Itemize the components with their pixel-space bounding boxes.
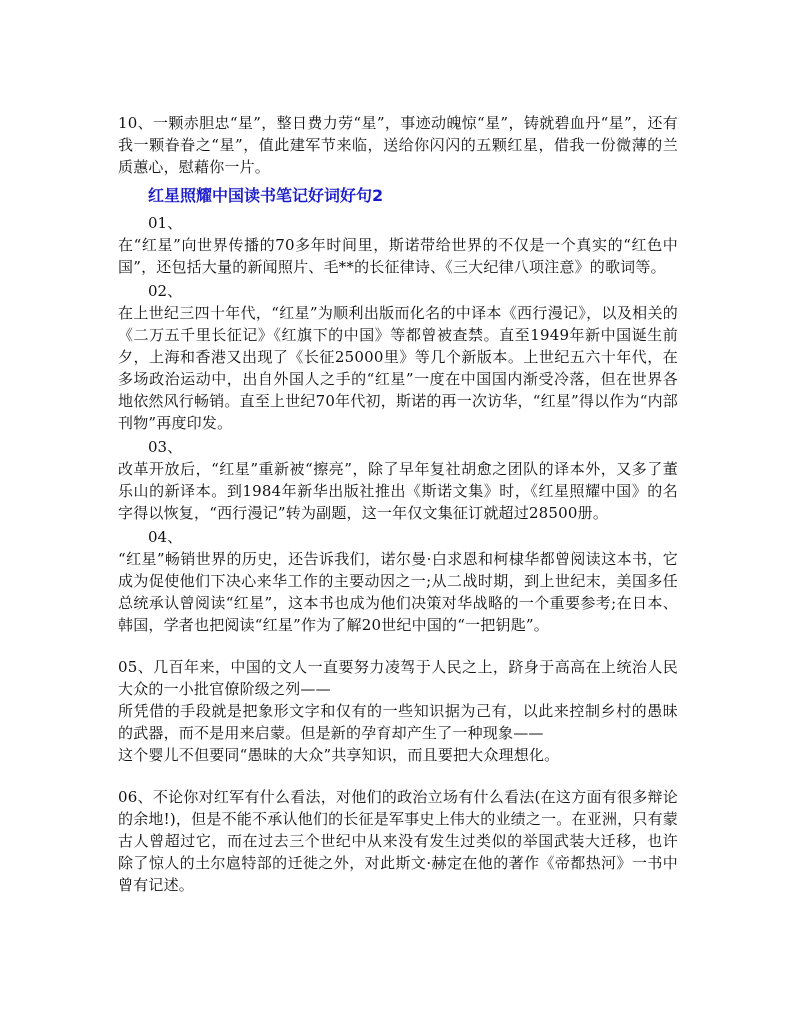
spacer (118, 766, 678, 786)
section-number: 01、 (148, 212, 678, 234)
item-05-line-1: 05、几百年来，中国的文人一直要努力凌驾于人民之上，跻身于高高在上统治人民大众的… (118, 656, 678, 700)
section-number: 02、 (148, 280, 678, 302)
section-text: 在上世纪三四十年代，“红星”为顺利出版而化名的中译本《西行漫记》，以及相关的《二… (118, 302, 678, 434)
item-05-line-2: 所凭借的手段就是把象形文字和仅有的一些知识据为己有，以此来控制乡村的愚昧的武器，… (118, 700, 678, 744)
section-title: 红星照耀中国读书笔记好词好句2 (148, 184, 678, 208)
section-number: 03、 (148, 436, 678, 458)
section-01: 01、 在“红星”向世界传播的70多年时间里，斯诺带给世界的不仅是一个真实的“红… (118, 212, 678, 278)
section-03: 03、 改革开放后，“红星”重新被“擦亮”，除了早年复社胡愈之团队的译本外，又多… (118, 436, 678, 524)
document-page: 10、一颗赤胆忠“星”，整日费力劳“星”，事迹动魄惊“星”，铸就碧血丹“星”，还… (118, 112, 678, 896)
item-05-line-3: 这个婴儿不但要同“愚昧的大众”共享知识，而且要把大众理想化。 (118, 744, 678, 766)
spacer (118, 636, 678, 656)
section-02: 02、 在上世纪三四十年代，“红星”为顺利出版而化名的中译本《西行漫记》，以及相… (118, 280, 678, 434)
section-text: 改革开放后，“红星”重新被“擦亮”，除了早年复社胡愈之团队的译本外，又多了董乐山… (118, 458, 678, 524)
section-number: 04、 (148, 526, 678, 548)
paragraph-item-06: 06、不论你对红军有什么看法，对他们的政治立场有什么看法(在这方面有很多辩论的余… (118, 786, 678, 896)
paragraph-item-10: 10、一颗赤胆忠“星”，整日费力劳“星”，事迹动魄惊“星”，铸就碧血丹“星”，还… (118, 112, 678, 178)
section-04: 04、 “红星”畅销世界的历史，还告诉我们，诺尔曼·白求恩和柯棣华都曾阅读这本书… (118, 526, 678, 636)
section-text: “红星”畅销世界的历史，还告诉我们，诺尔曼·白求恩和柯棣华都曾阅读这本书，它成为… (118, 548, 678, 636)
section-text: 在“红星”向世界传播的70多年时间里，斯诺带给世界的不仅是一个真实的“红色中国”… (118, 234, 678, 278)
paragraph-item-05: 05、几百年来，中国的文人一直要努力凌驾于人民之上，跻身于高高在上统治人民大众的… (118, 656, 678, 766)
